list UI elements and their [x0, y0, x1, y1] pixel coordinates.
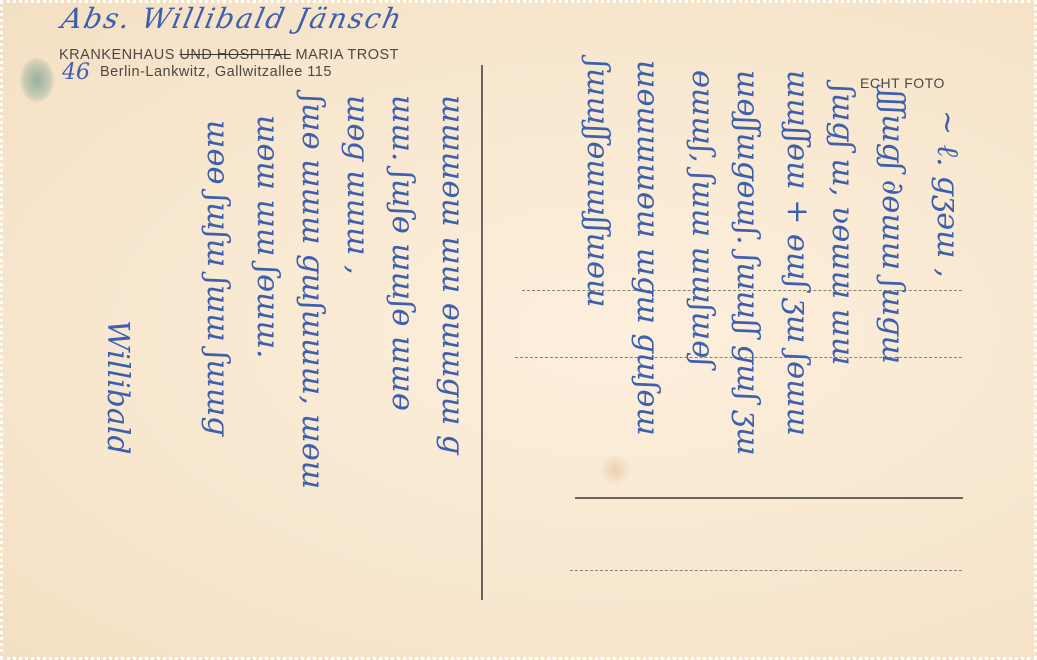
handwritten-column: ɯɯʃʃɵɯ + ɵɯʃ ʒɯ ʃɵɯɯ [780, 70, 815, 436]
center-divider [481, 65, 483, 600]
handwritten-column: ɯɵɯɯɯɵɯ ɯɡɯ ɡɯʃɵɯ [630, 60, 665, 436]
postcard-back: Abs. Willibald Jänsch KRANKENHAUS UND HO… [0, 0, 1037, 660]
sender-suffix: MARIA TROST [291, 47, 399, 63]
handwritten-column: ɯɵɵ ʃɯʃɯ ʃɯɯ ʃɯɯɡ [200, 120, 235, 436]
printed-sender-line-1: KRANKENHAUS UND HOSPITAL MARIA TROST [59, 47, 399, 63]
handwritten-column: ɯɵʃʃɯɡɵɯʃ. ʃɯɯʃʃ ɡɯʃ ʒɯ [730, 70, 765, 456]
handwritten-signature: Willibald [100, 320, 135, 455]
handwritten-column: ʃʃʃɯɡʃ ∂ɵɯɯ ʃɯɡɯ [875, 90, 910, 364]
handwritten-column: ʃɯɡʃ ɯ, ʋɵɯɯ ɯɯ [825, 85, 860, 366]
address-line [570, 570, 962, 571]
handwritten-column: ɯɯɯɵɯ ɯɯ ɵɯɯɡɯ ɡ [435, 95, 470, 454]
handwritten-column: ɯɵɯ ɯɯ ʃɵɯɯ. [250, 115, 285, 359]
stamp-area-label: ECHT FOTO [860, 75, 945, 91]
handwritten-column: ʃɯɵ ɯɯɯ ɡɯʃɯɯɯ, ɯɵɯ [295, 95, 330, 489]
handwritten-column: ~ ℓ. ɡʒəɯ , [930, 110, 965, 278]
handwritten-column: ɯɵɡ ɯɯɯ , [340, 95, 375, 275]
printed-sender-line-2: Berlin-Lankwitz, Gallwitzallee 115 [100, 64, 332, 80]
address-divider [575, 497, 963, 499]
handwritten-number: 46 [62, 60, 90, 85]
stain [600, 455, 630, 485]
handwritten-sender-name: Abs. Willibald Jänsch [58, 2, 406, 35]
stain [20, 58, 54, 102]
handwritten-column: ɯɯ. ʃɯʃɵ ɯɯʃɵ ɯɯɵ [385, 95, 420, 411]
sender-struck-text: UND HOSPITAL [179, 47, 291, 63]
handwritten-column: ɵɯɯʃ, ʃɯɯ ɯɯʃɯɵʃ [685, 70, 720, 366]
handwritten-column: ʃɯɯʃʃɵɯɯʃʃɯɵɯ [580, 60, 615, 308]
